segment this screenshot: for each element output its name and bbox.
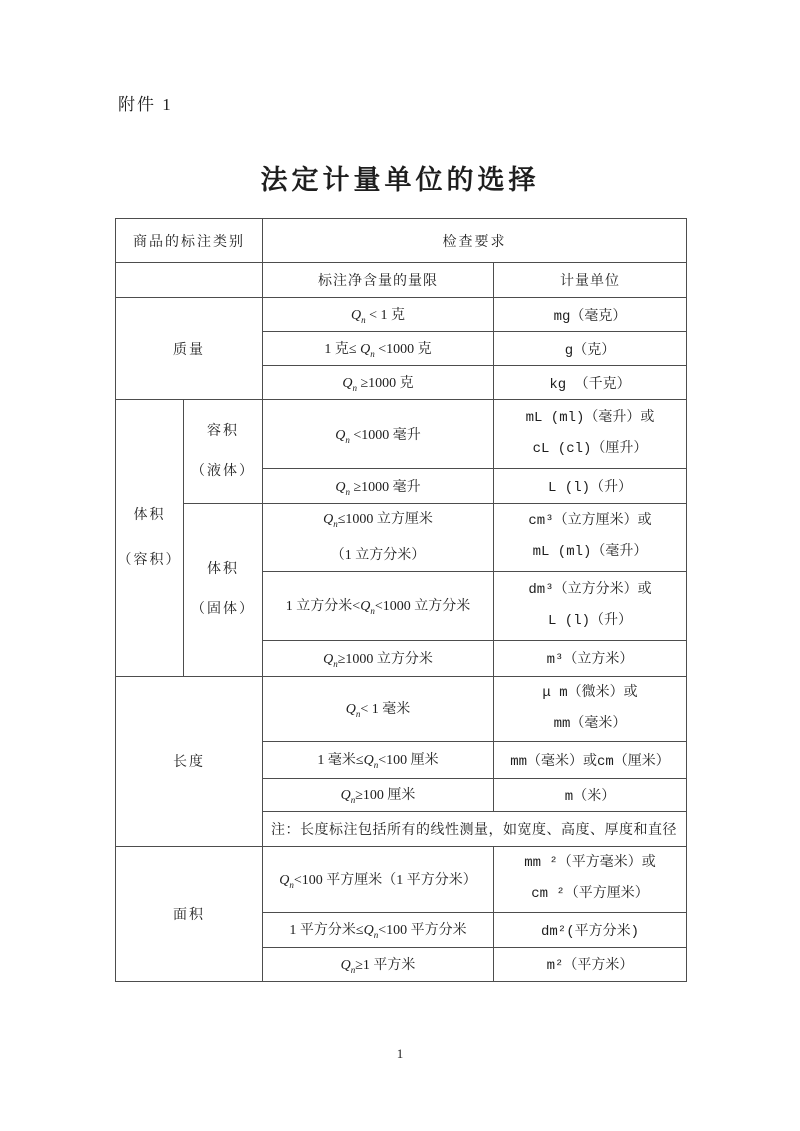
limit-post: <1000 毫升	[350, 428, 421, 443]
limit-post: < 1 毫米	[360, 702, 410, 717]
category-mass: 质量	[116, 298, 263, 400]
table-row: 长度 Qn< 1 毫米 μ m（微米）或 mm（毫米）	[116, 676, 687, 741]
liquid-unit-2: L (l)（升）	[494, 469, 687, 504]
qn-symbol: Q	[351, 308, 361, 323]
liquid-unit-1: mL (ml)（毫升）或 cL (cl)（厘升）	[494, 400, 687, 469]
limit-post: <100 平方厘米（1 平方分米）	[294, 873, 477, 888]
limit-post: <100 平方分米	[378, 923, 466, 938]
legal-units-table: 商品的标注类别 检查要求 标注净含量的量限 计量单位 质量 Qn < 1 克 m…	[115, 218, 687, 982]
solid-unit-1: cm³（立方厘米）或 mL (ml)（毫升）	[494, 504, 687, 572]
limit-post: < 1 克	[366, 308, 405, 323]
header-category: 商品的标注类别	[116, 219, 263, 263]
header-limit: 标注净含量的量限	[263, 263, 494, 298]
attachment-label: 附件 1	[118, 90, 173, 115]
document-page: 附件 1 法定计量单位的选择 商品的标注类别 检查要求 标注净含量的量限 计量单…	[0, 0, 800, 1131]
qn-symbol: Q	[341, 958, 351, 973]
area-unit-3: m²（平方米）	[494, 947, 687, 981]
liquid-limit-2: Qn ≥1000 毫升	[263, 469, 494, 504]
solid-limit-1: Qn≤1000 立方厘米 （1 立方分米）	[263, 504, 494, 572]
solid-limit-2: 1 立方分米<Qn<1000 立方分米	[263, 571, 494, 640]
mass-unit-1: mg（毫克）	[494, 298, 687, 332]
table-row: 面积 Qn<100 平方厘米（1 平方分米） mm ²（平方毫米）或 cm ²（…	[116, 846, 687, 912]
page-title: 法定计量单位的选择	[0, 158, 800, 197]
length-limit-1: Qn< 1 毫米	[263, 676, 494, 741]
solid-unit-3: m³（立方米）	[494, 640, 687, 676]
category-area: 面积	[116, 846, 263, 981]
mass-unit-2: g（克）	[494, 332, 687, 366]
limit-post: ≥1000 立方分米	[338, 652, 433, 667]
qn-symbol: Q	[346, 702, 356, 717]
limit-post: ≥1 平方米	[355, 958, 415, 973]
limit-post: <100 厘米	[378, 753, 438, 768]
limit-post: ≤1000 立方厘米	[338, 512, 433, 527]
length-unit-2: mm（毫米）或cm（厘米）	[494, 741, 687, 778]
length-limit-2: 1 毫米≤Qn<100 厘米	[263, 741, 494, 778]
subcategory-liquid: 容积 （液体）	[184, 400, 263, 504]
mass-limit-1: Qn < 1 克	[263, 298, 494, 332]
qn-symbol: Q	[341, 788, 351, 803]
length-note: 注：长度标注包括所有的线性测量，如宽度、高度、厚度和直径	[263, 811, 687, 846]
limit-pre: 1 毫米≤	[317, 753, 363, 768]
limit-post: <1000 立方分米	[375, 599, 470, 614]
mass-limit-3: Qn ≥1000 克	[263, 366, 494, 400]
table-row: 体积 （固体） Qn≤1000 立方厘米 （1 立方分米） cm³（立方厘米）或…	[116, 504, 687, 572]
limit-post: ≥1000 克	[357, 376, 414, 391]
qn-symbol: Q	[360, 599, 370, 614]
qn-symbol: Q	[360, 342, 370, 357]
liquid-limit-1: Qn <1000 毫升	[263, 400, 494, 469]
table-row: 质量 Qn < 1 克 mg（毫克）	[116, 298, 687, 332]
header-unit: 计量单位	[494, 263, 687, 298]
solid-unit-2: dm³（立方分米）或 L (l)（升）	[494, 571, 687, 640]
qn-symbol: Q	[335, 428, 345, 443]
limit-post: ≥100 厘米	[355, 788, 415, 803]
length-unit-3: m（米）	[494, 778, 687, 811]
category-volume: 体积 （容积）	[116, 400, 184, 677]
area-limit-1: Qn<100 平方厘米（1 平方分米）	[263, 846, 494, 912]
qn-symbol: Q	[364, 923, 374, 938]
qn-symbol: Q	[323, 512, 333, 527]
qn-symbol: Q	[335, 480, 345, 495]
qn-symbol: Q	[342, 376, 352, 391]
header-requirement: 检查要求	[263, 219, 687, 263]
area-limit-2: 1 平方分米≤Qn<100 平方分米	[263, 912, 494, 947]
solid-limit-3: Qn≥1000 立方分米	[263, 640, 494, 676]
table-row: 体积 （容积） 容积 （液体） Qn <1000 毫升 mL (ml)（毫升）或…	[116, 400, 687, 469]
limit-line2: （1 立方分米）	[263, 540, 493, 571]
limit-pre: 1 平方分米≤	[289, 923, 363, 938]
area-unit-1: mm ²（平方毫米）或 cm ²（平方厘米）	[494, 846, 687, 912]
qn-symbol: Q	[364, 753, 374, 768]
area-unit-2: dm²(平方分米)	[494, 912, 687, 947]
length-unit-1: μ m（微米）或 mm（毫米）	[494, 676, 687, 741]
limit-post: <1000 克	[375, 342, 432, 357]
subcategory-solid: 体积 （固体）	[184, 504, 263, 677]
limit-pre: 1 克≤	[324, 342, 360, 357]
page-number: 1	[0, 1046, 800, 1062]
qn-symbol: Q	[279, 873, 289, 888]
category-length: 长度	[116, 676, 263, 846]
area-limit-3: Qn≥1 平方米	[263, 947, 494, 981]
limit-pre: 1 立方分米<	[286, 599, 360, 614]
mass-limit-2: 1 克≤ Qn <1000 克	[263, 332, 494, 366]
limit-post: ≥1000 毫升	[350, 480, 421, 495]
qn-symbol: Q	[323, 652, 333, 667]
length-limit-3: Qn≥100 厘米	[263, 778, 494, 811]
header-empty-cell	[116, 263, 263, 298]
mass-unit-3: kg （千克）	[494, 366, 687, 400]
